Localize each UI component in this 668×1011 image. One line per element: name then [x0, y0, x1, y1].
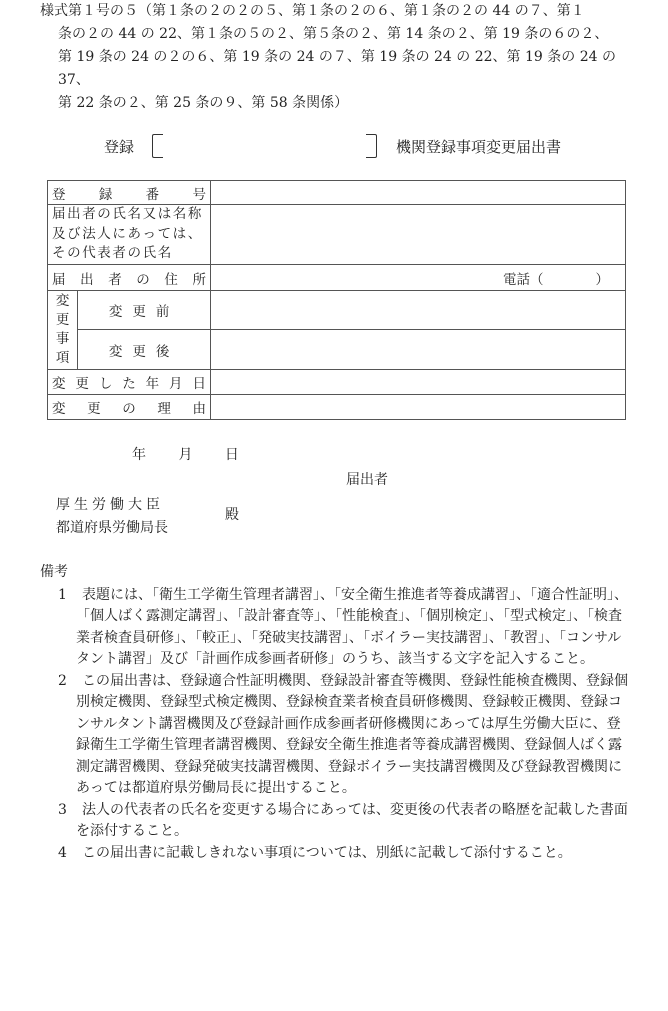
field-registration-number[interactable] [211, 181, 626, 205]
label-char: の [122, 397, 136, 417]
note-number: 1 [58, 585, 82, 607]
notes-heading: 備考 [40, 562, 630, 584]
row-change-after: 変更後 [48, 330, 626, 370]
header-line: 第 19 条の 24 の２の６、第 19 条の 24 の７、第 19 条の 24… [40, 46, 640, 92]
note-number: 3 [58, 800, 82, 822]
row-change-before: 変更事項 変更前 [48, 291, 626, 330]
notes-section: 備考 1表題には、「衛生工学衛生管理者講習」、「安全衛生推進者等養成講習」、「適… [40, 562, 630, 864]
row-change-reason: 変 更 の 理 由 [48, 395, 626, 420]
row-change-date: 変 更 し た 年 月 日 [48, 370, 626, 395]
submitter-label: 届出者 [346, 469, 388, 489]
date-year: 年 [132, 447, 146, 463]
label-char: 変 [52, 372, 66, 392]
phone-label: 電話（ [503, 272, 544, 288]
label-applicant-address: 届 出 者 の 住 所 [48, 265, 211, 291]
addressee-minister: 厚生労働大臣 [56, 494, 164, 514]
note-text: 法人の代表者の氏名を変更する場合にあっては、変更後の代表者の略歴を記載した書面を… [76, 802, 628, 840]
row-applicant-address: 届 出 者 の 住 所 電話（） [48, 265, 626, 291]
change-items-text: 変更事項 [56, 292, 70, 368]
field-change-after[interactable] [211, 330, 626, 370]
field-change-before[interactable] [211, 291, 626, 330]
label-change-before: 変更前 [78, 291, 211, 330]
label-char: 由 [193, 397, 207, 417]
label-char: 更 [75, 372, 89, 392]
label-char: 番 [146, 183, 160, 203]
field-applicant-name[interactable] [211, 205, 626, 265]
note-item: 2この届出書は、登録適合性証明機関、登録設計審査等機関、登録性能検査機関、登録個… [40, 671, 630, 800]
note-text: 表題には、「衛生工学衛生管理者講習」、「安全衛生推進者等養成講習」、「適合性証明… [76, 587, 628, 668]
field-change-reason[interactable] [211, 395, 626, 420]
title-suffix: 機関登録事項変更届出書 [396, 136, 561, 157]
addressee-bureau-chief: 都道府県労働局長 [56, 517, 168, 537]
label-char: し [99, 372, 113, 392]
form-title: 登録 機関登録事項変更届出書 [0, 132, 668, 162]
label-char: の [136, 268, 150, 288]
label-char: 届 [52, 268, 66, 288]
label-change-reason: 変 更 の 理 由 [48, 395, 211, 420]
addressee-honorific: 殿 [225, 504, 239, 524]
label-change-items: 変更事項 [48, 291, 78, 370]
label-char: 更 [87, 397, 101, 417]
label-char: 理 [157, 397, 171, 417]
note-item: 1表題には、「衛生工学衛生管理者講習」、「安全衛生推進者等養成講習」、「適合性証… [40, 585, 630, 671]
left-bracket [152, 134, 163, 158]
phone-close: ） [596, 272, 610, 288]
note-text: この届出書は、登録適合性証明機関、登録設計審査等機関、登録性能検査機関、登録個別… [76, 673, 628, 797]
note-number: 2 [58, 671, 82, 693]
label-char: 者 [108, 268, 122, 288]
form-header-citation: 様式第１号の５（第１条の２の２の５、第１条の２の６、第１条の２の 44 の７、第… [40, 0, 640, 115]
note-item: 3法人の代表者の氏名を変更する場合にあっては、変更後の代表者の略歴を記載した書面… [40, 800, 630, 843]
label-char: 所 [192, 268, 206, 288]
label-char: 月 [169, 372, 183, 392]
title-prefix: 登録 [104, 136, 134, 157]
right-bracket [366, 134, 377, 158]
label-char: 出 [80, 268, 94, 288]
label-registration-number: 登 録 番 号 [48, 181, 211, 205]
label-char: 録 [99, 183, 113, 203]
label-char: 登 [52, 183, 66, 203]
header-line: 様式第１号の５（第１条の２の２の５、第１条の２の６、第１条の２の 44 の７、第… [40, 0, 640, 23]
label-change-date: 変 更 し た 年 月 日 [48, 370, 211, 395]
row-applicant-name: 届出者の氏名又は名称及び法人にあっては、その代表者の氏名 [48, 205, 626, 265]
header-line: 第 22 条の２、第 25 条の９、第 58 条関係） [40, 92, 640, 115]
date-day: 日 [225, 447, 239, 463]
field-applicant-address[interactable]: 電話（） [211, 265, 626, 291]
row-registration-number: 登 録 番 号 [48, 181, 626, 205]
label-applicant-name: 届出者の氏名又は名称及び法人にあっては、その代表者の氏名 [48, 205, 211, 265]
header-line: 条の２の 44 の 22、第１条の５の２、第５条の２、第 14 条の２、第 19… [40, 23, 640, 46]
label-char: 住 [164, 268, 178, 288]
note-text: この届出書に記載しきれない事項については、別紙に記載して添付すること。 [82, 845, 572, 861]
form-table: 登 録 番 号 届出者の氏名又は名称及び法人にあっては、その代表者の氏名 届 出… [47, 180, 626, 420]
note-number: 4 [58, 843, 82, 865]
label-char: た [122, 372, 136, 392]
note-item: 4この届出書に記載しきれない事項については、別紙に記載して添付すること。 [40, 843, 630, 865]
date-month: 月 [178, 447, 192, 463]
submission-date: 年 月 日 [132, 444, 267, 464]
field-change-date[interactable] [211, 370, 626, 395]
label-char: 変 [52, 397, 66, 417]
label-change-after: 変更後 [78, 330, 211, 370]
label-char: 号 [192, 183, 206, 203]
label-char: 日 [192, 372, 206, 392]
label-char: 年 [146, 372, 160, 392]
